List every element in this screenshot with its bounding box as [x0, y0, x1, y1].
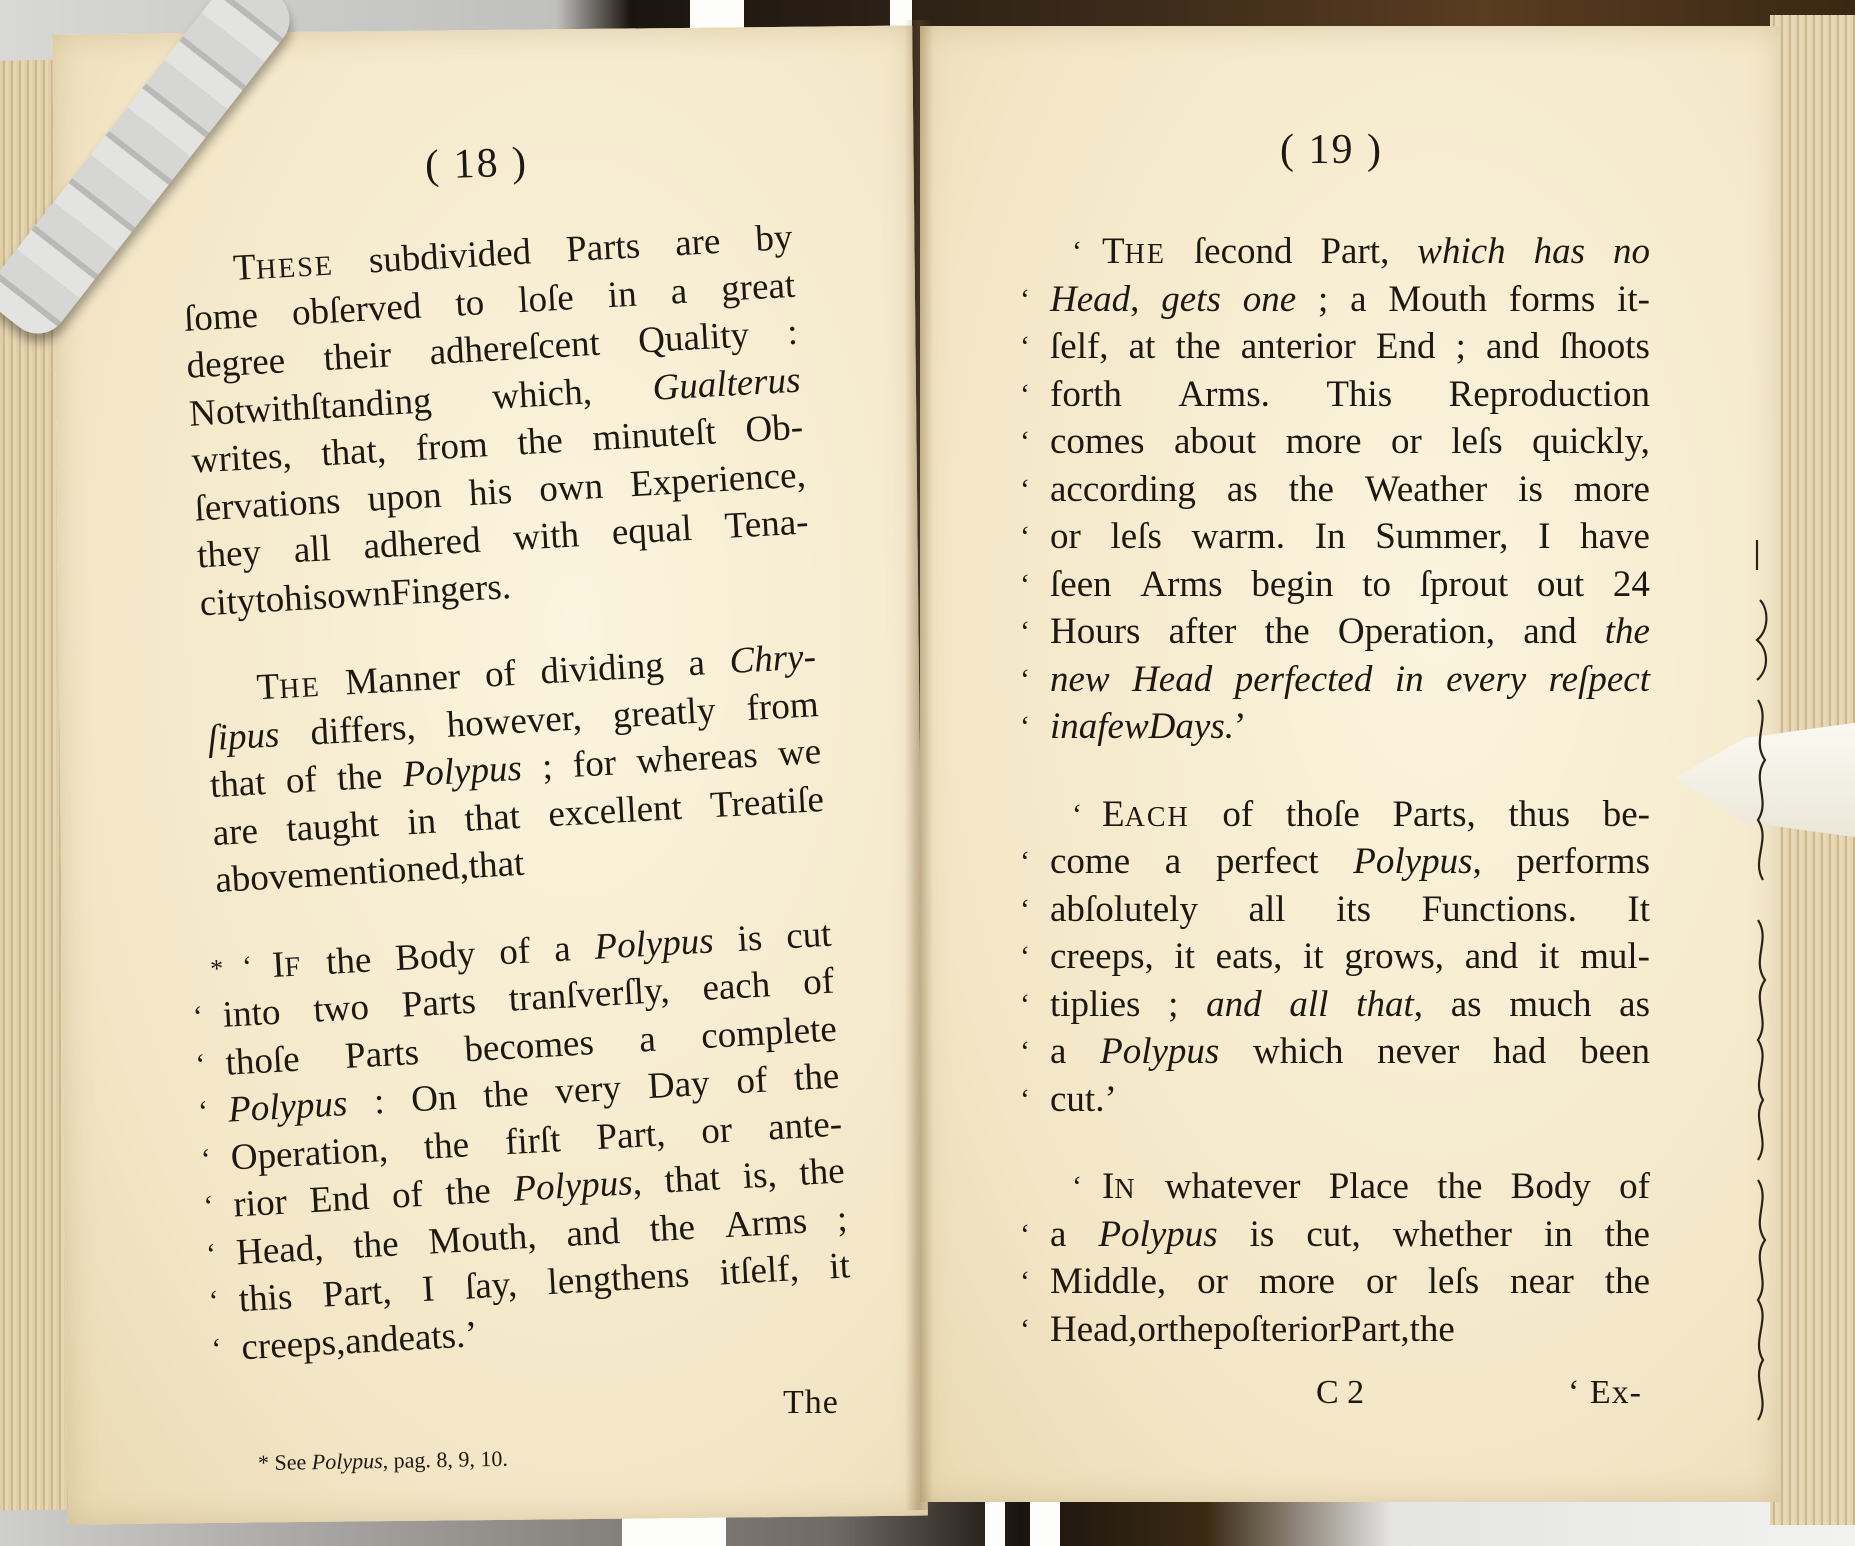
paragraph: THEMannerofdividingaChry-ſipusdiffers,ho… — [203, 633, 827, 904]
word: End — [1376, 323, 1436, 371]
word: Operation, — [1338, 608, 1495, 656]
word: poſterior — [1213, 1306, 1340, 1354]
word: ; — [1318, 276, 1328, 324]
quotation-mark: ‘ — [210, 1324, 235, 1373]
word: creeps, — [240, 1318, 346, 1371]
word: End — [308, 1174, 370, 1225]
word: warm. — [1192, 513, 1286, 561]
word: Polypus — [593, 917, 715, 971]
word: ſervations — [193, 477, 341, 533]
word: the — [793, 1053, 841, 1103]
word: by — [754, 214, 794, 263]
word: the — [1175, 323, 1220, 371]
word: and — [565, 1208, 621, 1258]
word: forth — [1050, 371, 1122, 419]
word: ; — [541, 743, 554, 791]
word: forms — [1509, 276, 1595, 324]
word: IN — [1102, 1163, 1137, 1211]
word: ſome — [183, 291, 260, 343]
word: Polypus — [1098, 1211, 1217, 1259]
quotation-mark: ‘ — [1020, 703, 1042, 751]
word: Head, — [1050, 1306, 1137, 1354]
word: or — [700, 1106, 733, 1155]
word: creeps, — [1050, 933, 1154, 981]
right-page-body: ‘THEſecondPart,whichhasno‘Head,getsone;a… — [1050, 228, 1650, 1353]
word: a — [1050, 1211, 1066, 1259]
word: a — [1079, 703, 1098, 751]
word: has — [1534, 228, 1585, 276]
word: is, — [741, 1151, 778, 1200]
quotation-mark: ‘ — [1020, 323, 1042, 371]
word: more — [1259, 1258, 1335, 1306]
word: been — [1580, 1028, 1650, 1076]
word: Body — [1511, 1163, 1591, 1211]
word: Part, — [595, 1110, 666, 1161]
word: we — [777, 728, 823, 778]
word: cut, — [1306, 1211, 1360, 1259]
word: about — [1174, 418, 1256, 466]
word: 24 — [1613, 561, 1650, 609]
text-line: ‘aPolypuswhichneverhadbeen — [1050, 1028, 1650, 1076]
mask-block — [1030, 1498, 1060, 1546]
text-line: ‘Middle,ormoreorleſsnearthe — [1050, 1258, 1650, 1306]
word: quickly, — [1532, 418, 1650, 466]
word: grows, — [1344, 933, 1444, 981]
word: lengthens — [546, 1251, 690, 1306]
footnote-marker: * — [258, 1450, 269, 1475]
word: reſpect — [1549, 656, 1650, 704]
word: a — [1050, 1028, 1066, 1076]
word: ; — [1456, 323, 1466, 371]
word: all — [1289, 981, 1328, 1029]
word: that, — [320, 427, 387, 478]
word: In — [1315, 513, 1346, 561]
quotation-mark: ‘ — [192, 992, 217, 1041]
word: whereas — [635, 732, 759, 786]
word: that, — [1356, 981, 1423, 1029]
word: complete — [700, 1005, 838, 1060]
word: all — [292, 525, 332, 574]
paragraph-gap — [1050, 751, 1650, 791]
word: or — [1050, 513, 1081, 561]
word: the — [1605, 1211, 1650, 1259]
word: Parts — [400, 978, 477, 1030]
footnote-pages: , pag. 8, 9, 10. — [382, 1446, 508, 1473]
word: Part, — [321, 1268, 392, 1319]
text-line: ‘ſelf,attheanteriorEnd;andſhoots — [1050, 323, 1650, 371]
text-line: ‘orleſswarm.InSummer,Ihave — [1050, 513, 1650, 561]
text-line: ‘comeaperfectPolypus,performs — [1050, 838, 1650, 886]
word: ſelf, — [1050, 323, 1109, 371]
word: never — [1377, 1028, 1459, 1076]
word: or — [1366, 1258, 1397, 1306]
word: the — [1289, 466, 1334, 514]
fore-edge-ornament-icon — [1749, 540, 1771, 1430]
text-line: ‘cut.’ — [1050, 1076, 1650, 1124]
quotation-mark: ‘ — [194, 1040, 219, 1089]
word: every — [1446, 656, 1526, 704]
word: and — [1486, 323, 1539, 371]
quotation-mark: ‘ — [1020, 838, 1042, 886]
word: it — [1303, 933, 1324, 981]
word: that — [463, 792, 521, 843]
word: the — [1605, 1258, 1650, 1306]
word: Polypus — [227, 1080, 349, 1134]
word: whether — [1393, 1211, 1512, 1259]
left-page-body: THESEsubdividedPartsarebyſomeobſervedtol… — [180, 214, 854, 1371]
text-line: ‘HoursaftertheOperation,andthe — [1050, 608, 1650, 656]
word: out — [1537, 561, 1584, 609]
word: Arms. — [1178, 371, 1269, 419]
word: his — [283, 573, 329, 623]
word: in — [406, 797, 437, 846]
word: begin — [1251, 561, 1333, 609]
paragraph: ‘THEſecondPart,whichhasno‘Head,getsone;a… — [1050, 228, 1650, 751]
word: dividing — [539, 642, 665, 696]
word: Fingers. — [389, 563, 512, 617]
word: had — [1493, 1028, 1546, 1076]
word: this — [237, 1273, 293, 1323]
quotation-mark: ‘ — [1020, 1258, 1042, 1306]
word: in — [606, 270, 637, 319]
word: all — [1249, 886, 1286, 934]
word: of — [802, 958, 835, 1007]
word: a — [1350, 276, 1366, 324]
word: obſerved — [291, 282, 423, 337]
word: its — [1336, 886, 1371, 934]
word: Treatiſe — [709, 775, 825, 829]
text-line: ‘ſeenArmsbegintoſproutout24 — [1050, 561, 1650, 609]
word: leſs — [1111, 513, 1162, 561]
word: the — [648, 1203, 696, 1253]
word: ſay, — [464, 1261, 519, 1311]
word: the — [1437, 1163, 1482, 1211]
word: are — [211, 807, 259, 857]
quotation-mark: ‘ — [1020, 886, 1042, 934]
signature-mark: C 2 — [1316, 1374, 1364, 1412]
word: Part, — [1341, 1306, 1410, 1354]
word: a — [687, 639, 706, 687]
word: I — [421, 1265, 436, 1313]
word: tiplies — [1050, 981, 1140, 1029]
word: ſprout — [1420, 561, 1508, 609]
word: Summer, — [1375, 513, 1508, 561]
word: which — [1253, 1028, 1343, 1076]
quotation-mark: ‘ — [197, 1087, 222, 1136]
word: in — [1050, 703, 1079, 751]
word: gets — [1161, 276, 1221, 324]
text-line: ‘aPolypusiscut,whetherinthe — [1050, 1211, 1650, 1259]
footnote-prefix: See — [274, 1449, 312, 1475]
quotation-mark: ‘ — [1020, 513, 1042, 561]
word: the — [325, 936, 373, 986]
word: excellent — [547, 783, 683, 838]
word: be- — [1603, 791, 1650, 839]
word: equal — [611, 505, 694, 557]
footnote-title: Polypus — [312, 1448, 383, 1474]
word: near — [1510, 1258, 1574, 1306]
word: however, — [445, 694, 583, 749]
word: ſhoots — [1560, 323, 1650, 371]
text-line: ‘comesaboutmoreorleſsquickly, — [1050, 418, 1650, 466]
quotation-mark: ‘ — [1072, 791, 1094, 839]
word: ; — [1168, 981, 1178, 1029]
word: Day — [647, 1060, 711, 1111]
word: to — [1362, 561, 1391, 609]
word: it — [1174, 933, 1195, 981]
quotation-mark: ‘ — [1020, 933, 1042, 981]
word: Head, — [235, 1224, 325, 1276]
word: EACH — [1102, 791, 1190, 839]
word: the — [1410, 1306, 1455, 1354]
word: leſs — [1451, 418, 1502, 466]
word: upon — [366, 471, 443, 523]
word: into — [222, 989, 282, 1040]
word: the — [444, 1167, 492, 1217]
word: and — [344, 1315, 400, 1365]
text-line: ‘creeps,iteats,itgrows,anditmul- — [1050, 933, 1650, 981]
word: Ob- — [744, 404, 804, 455]
quotation-mark: ‘ — [205, 1229, 230, 1278]
word: Gualterus — [651, 356, 801, 412]
left-catchword: The — [783, 1384, 839, 1422]
word: a — [638, 1015, 657, 1063]
word: own — [538, 462, 604, 513]
quotation-mark: ‘ — [1072, 1163, 1094, 1211]
word: in — [1395, 656, 1424, 704]
word: itſelf, — [718, 1245, 800, 1297]
word: Middle, — [1050, 1258, 1166, 1306]
word: becomes — [463, 1019, 595, 1074]
word: or — [1391, 418, 1422, 466]
word: THE — [255, 661, 321, 712]
quotation-mark: ‘ — [1020, 418, 1042, 466]
paragraph: THESEsubdividedPartsarebyſomeobſervedtol… — [180, 214, 812, 628]
quotation-mark: ‘ — [241, 942, 266, 991]
word: eats.’ — [397, 1311, 479, 1363]
word: THE — [1102, 228, 1166, 276]
quotation-mark: ‘ — [208, 1277, 233, 1326]
word: thoſe — [224, 1035, 301, 1087]
word: they — [196, 529, 262, 580]
word: abſolutely — [1050, 886, 1198, 934]
book-gutter — [905, 20, 933, 1510]
word: a — [553, 925, 572, 973]
word: two — [312, 984, 370, 1035]
word: : — [373, 1078, 386, 1126]
word: as — [1619, 981, 1650, 1029]
word: the — [1168, 1306, 1213, 1354]
word: performs — [1516, 838, 1650, 886]
word: or — [1137, 1306, 1168, 1354]
footnote: * See Polypus, pag. 8, 9, 10. — [258, 1446, 508, 1476]
quotation-mark: ‘ — [1020, 371, 1042, 419]
paragraph-gap — [1050, 1123, 1650, 1163]
word: I — [1538, 513, 1550, 561]
word: Polypus, — [512, 1159, 643, 1214]
word: and — [1523, 608, 1576, 656]
word: their — [322, 331, 392, 382]
word: loſe — [517, 274, 575, 325]
word: greatly — [611, 686, 716, 739]
word: a — [1165, 838, 1181, 886]
word: cut.’ — [1050, 1076, 1117, 1124]
word: Polypus, — [1353, 838, 1481, 886]
word: the — [1265, 608, 1310, 656]
text-line: ‘INwhateverPlacetheBodyof — [1050, 1163, 1650, 1211]
word: as — [1451, 981, 1482, 1029]
word: no — [1613, 228, 1650, 276]
text-line: ‘abſolutelyallitsFunctions.It — [1050, 886, 1650, 934]
word: Head — [1132, 656, 1212, 704]
word: at — [1129, 323, 1156, 371]
word: and — [1206, 981, 1262, 1029]
word: is — [736, 914, 763, 963]
word: ante- — [767, 1100, 843, 1152]
paragraph: * ‘IFtheBodyofaPolypusiscut‘intotwoParts… — [219, 910, 854, 1371]
quotation-mark: ‘ — [1020, 466, 1042, 514]
word: new — [1050, 656, 1110, 704]
word: of — [484, 650, 517, 699]
text-line: ‘tiplies;andallthat,asmuchas — [1050, 981, 1650, 1029]
quotation-mark: ‘ — [1020, 1028, 1042, 1076]
word: each — [701, 961, 771, 1012]
word: Parts — [344, 1028, 421, 1080]
word: of — [1619, 1163, 1650, 1211]
word: This — [1326, 371, 1392, 419]
word: leſs — [1428, 1258, 1479, 1306]
word: a — [669, 267, 688, 315]
quotation-mark: ‘ — [1020, 656, 1042, 704]
word: of — [391, 1171, 424, 1220]
word: Part, — [1320, 228, 1389, 276]
text-line: ‘accordingastheWeatherismore — [1050, 466, 1650, 514]
word: that — [209, 759, 267, 810]
word: it — [828, 1242, 851, 1291]
text-line: ‘forthArms.ThisReproduction — [1050, 371, 1650, 419]
quotation-mark: ‘ — [1020, 1211, 1042, 1259]
word: have — [1580, 513, 1650, 561]
quotation-mark: ‘ — [200, 1135, 225, 1184]
word: Functions. — [1422, 886, 1577, 934]
word: is — [1250, 1211, 1275, 1259]
quotation-mark: ‘ — [1020, 561, 1042, 609]
word: are — [674, 218, 722, 268]
word: degree — [185, 337, 286, 390]
word: it- — [1617, 276, 1650, 324]
word: anterior — [1241, 323, 1356, 371]
word: from — [414, 421, 488, 472]
word: own — [326, 569, 392, 620]
word: of — [498, 927, 531, 976]
word: THESE — [232, 239, 335, 292]
word: the — [1605, 608, 1650, 656]
word: which — [1417, 228, 1505, 276]
quotation-mark: ‘ — [1020, 1076, 1042, 1124]
word: very — [554, 1065, 622, 1116]
quotation-mark: ‘ — [1020, 276, 1042, 324]
word: differs, — [309, 703, 417, 756]
paragraph: ‘EACHofthoſeParts,thusbe-‘comeaperfectPo… — [1050, 791, 1650, 1124]
word: Polypus — [401, 745, 523, 799]
word: Days.’ — [1149, 703, 1247, 751]
word: minuteſt — [591, 408, 717, 462]
word: the — [516, 417, 564, 467]
word: which, — [491, 368, 593, 421]
text-line: ‘THEſecondPart,whichhasno — [1050, 228, 1650, 276]
word: and — [1465, 933, 1518, 981]
word: Body — [394, 930, 477, 982]
word: as — [1227, 466, 1258, 514]
word: writes, — [191, 432, 293, 485]
word: according — [1050, 466, 1196, 514]
word: Head, — [1050, 276, 1139, 324]
word: or — [1197, 1258, 1228, 1306]
quotation-mark: ‘ — [202, 1182, 227, 1231]
word: it — [1539, 933, 1560, 981]
text-line: ‘Head,orthepoſteriorPart,the — [1050, 1306, 1650, 1354]
right-page-number: ( 19 ) — [1280, 126, 1383, 174]
word: Polypus — [1100, 1028, 1219, 1076]
word: thus — [1508, 791, 1570, 839]
word: Mouth — [1388, 276, 1487, 324]
right-catchword: ‘ Ex- — [1568, 1374, 1642, 1412]
word: perfected — [1235, 656, 1373, 704]
word: much — [1509, 981, 1591, 1029]
word: Mouth, — [427, 1212, 537, 1265]
word: Reproduction — [1449, 371, 1650, 419]
left-page-number: ( 18 ) — [424, 138, 529, 190]
word: the — [798, 1147, 846, 1197]
quotation-mark: ‘ — [1020, 608, 1042, 656]
paragraph: ‘INwhateverPlacetheBodyof‘aPolypusiscut,… — [1050, 1163, 1650, 1353]
word: few — [1097, 703, 1148, 751]
word: the — [352, 1220, 400, 1270]
word: perfect — [1216, 838, 1319, 886]
word: after — [1169, 608, 1237, 656]
word: Manner — [344, 653, 462, 707]
text-line: ‘Head,getsone;aMouthformsit- — [1050, 276, 1650, 324]
word: Weather — [1365, 466, 1487, 514]
word: more — [1286, 418, 1362, 466]
word: whatever — [1165, 1163, 1301, 1211]
quotation-mark: ‘ — [1020, 981, 1042, 1029]
text-line: ‘inafewDays.’ — [1050, 703, 1650, 751]
quotation-mark: ‘ — [1072, 228, 1094, 276]
word: IF — [271, 940, 304, 989]
word: to — [254, 575, 285, 624]
word: ſeen — [1050, 561, 1112, 609]
word: thoſe — [1286, 791, 1360, 839]
quotation-mark: ‘ — [1020, 1306, 1042, 1354]
word: adhered — [362, 517, 482, 571]
word: Hours — [1050, 608, 1140, 656]
word: taught — [285, 800, 380, 853]
word: city — [199, 577, 257, 628]
word: more — [1574, 466, 1650, 514]
word: eats, — [1216, 933, 1283, 981]
mask-block — [985, 1500, 1005, 1546]
word: of — [735, 1057, 768, 1106]
word: come — [1050, 838, 1130, 886]
word: mul- — [1580, 933, 1650, 981]
word: is — [1518, 466, 1543, 514]
word: the — [336, 753, 384, 803]
word: from — [745, 681, 819, 732]
word: great — [720, 261, 796, 313]
word: Parts — [565, 222, 642, 274]
word: rior — [232, 1179, 288, 1229]
